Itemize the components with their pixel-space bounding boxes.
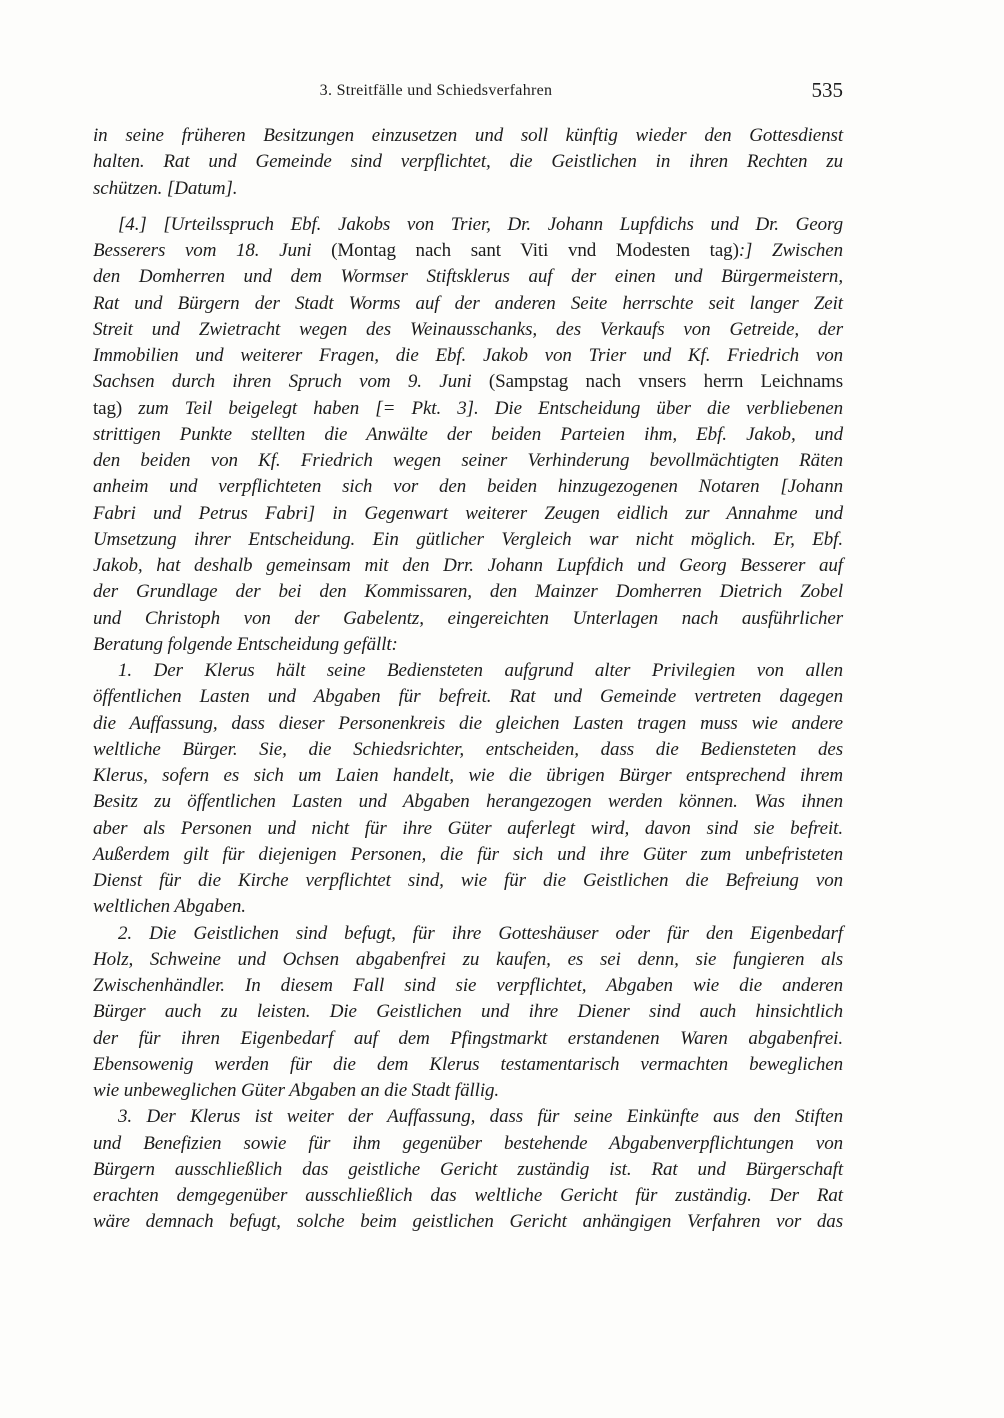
text-line: 1. Der Klerus hält seine Bediensteten au…: [93, 658, 843, 684]
paragraph: [4.] [Urteilsspruch Ebf. Jakobs von Trie…: [93, 212, 843, 658]
text-line: schützen. [Datum].: [93, 176, 843, 202]
regest-text: der Grundlage der bei den Kommissaren, d…: [93, 581, 843, 602]
text-line: 3. Der Klerus ist weiter der Auffassung,…: [93, 1104, 843, 1130]
regest-text: Bürger auch zu leisten. Die Geistlichen …: [93, 1001, 843, 1022]
paragraph: 1. Der Klerus hält seine Bediensteten au…: [93, 658, 843, 921]
page-header: 3. Streitfälle und Schiedsverfahren 535: [93, 78, 843, 108]
text-line: öffentlichen Lasten und Abgaben für befr…: [93, 684, 843, 710]
regest-text: :] Zwischen: [739, 240, 843, 261]
text-line: die Auffassung, dass dieser Personenkrei…: [93, 711, 843, 737]
text-line: tag) zum Teil beigelegt haben [= Pkt. 3]…: [93, 396, 843, 422]
regest-text: wäre demnach befugt, solche beim geistli…: [93, 1211, 843, 1232]
regest-text: öffentlichen Lasten und Abgaben für befr…: [93, 686, 843, 707]
running-title: 3. Streitfälle und Schiedsverfahren: [61, 82, 811, 100]
text-line: den beiden von Kf. Friedrich wegen seine…: [93, 448, 843, 474]
text-block: in seine früheren Besitzungen einzusetze…: [93, 123, 843, 1236]
regest-text: erachten demgegenüber ausschließlich das…: [93, 1185, 843, 1206]
regest-text: Ebensowenig werden für die dem Klerus te…: [93, 1054, 843, 1075]
regest-text: und Christoph von der Gabelentz, eingere…: [93, 608, 843, 629]
text-line: [4.] [Urteilsspruch Ebf. Jakobs von Trie…: [93, 212, 843, 238]
original-quote-text: (Sampstag nach vnsers herrn Leichnams: [489, 371, 843, 392]
text-line: halten. Rat und Gemeinde sind verpflicht…: [93, 149, 843, 175]
regest-text: Besitz zu öffentlichen Lasten und Abgabe…: [93, 791, 843, 812]
text-line: aber als Personen und nicht für ihre Güt…: [93, 816, 843, 842]
regest-text: der für ihren Eigenbedarf auf dem Pfings…: [93, 1028, 843, 1049]
text-line: wäre demnach befugt, solche beim geistli…: [93, 1209, 843, 1235]
regest-text: in seine früheren Besitzungen einzusetze…: [93, 125, 843, 146]
regest-text: schützen. [Datum].: [93, 178, 237, 199]
text-line: und Benefizien sowie für ihm gegenüber b…: [93, 1131, 843, 1157]
text-line: weltliche Bürger. Sie, die Schiedsrichte…: [93, 737, 843, 763]
text-line: Sachsen durch ihren Spruch vom 9. Juni (…: [93, 369, 843, 395]
regest-text: 2. Die Geistlichen sind befugt, für ihre…: [118, 923, 843, 944]
text-line: Immobilien und weiterer Fragen, die Ebf.…: [93, 343, 843, 369]
text-line: Bürger auch zu leisten. Die Geistlichen …: [93, 999, 843, 1025]
text-line: Rat und Bürgern der Stadt Worms auf der …: [93, 291, 843, 317]
text-line: der für ihren Eigenbedarf auf dem Pfings…: [93, 1026, 843, 1052]
text-line: Bürgern ausschließlich das geistliche Ge…: [93, 1157, 843, 1183]
text-line: weltlichen Abgaben.: [93, 894, 843, 920]
text-line: Streit und Zwietracht wegen des Weinauss…: [93, 317, 843, 343]
regest-text: Außerdem gilt für diejenigen Personen, d…: [93, 844, 843, 865]
regest-text: zum Teil beigelegt haben [= Pkt. 3]. Die…: [122, 398, 843, 419]
regest-text: Rat und Bürgern der Stadt Worms auf der …: [93, 293, 843, 314]
regest-text: halten. Rat und Gemeinde sind verpflicht…: [93, 151, 843, 172]
regest-text: Besserers vom 18. Juni: [93, 240, 331, 261]
paragraph: in seine früheren Besitzungen einzusetze…: [93, 123, 843, 202]
text-line: und Christoph von der Gabelentz, eingere…: [93, 606, 843, 632]
regest-text: Streit und Zwietracht wegen des Weinauss…: [93, 319, 843, 340]
regest-text: 1. Der Klerus hält seine Bediensteten au…: [118, 660, 843, 681]
regest-text: strittigen Punkte stellten die Anwälte d…: [93, 424, 843, 445]
regest-text: [4.] [Urteilsspruch Ebf. Jakobs von Trie…: [118, 214, 843, 235]
text-line: Besitz zu öffentlichen Lasten und Abgabe…: [93, 789, 843, 815]
text-line: Besserers vom 18. Juni (Montag nach sant…: [93, 238, 843, 264]
text-line: wie unbeweglichen Güter Abgaben an die S…: [93, 1078, 843, 1104]
text-line: Holz, Schweine und Ochsen abgabenfrei zu…: [93, 947, 843, 973]
regest-text: Holz, Schweine und Ochsen abgabenfrei zu…: [93, 949, 843, 970]
regest-text: Immobilien und weiterer Fragen, die Ebf.…: [93, 345, 843, 366]
text-line: den Domherren und dem Wormser Stiftskler…: [93, 264, 843, 290]
text-line: in seine früheren Besitzungen einzusetze…: [93, 123, 843, 149]
regest-text: Bürgern ausschließlich das geistliche Ge…: [93, 1159, 843, 1180]
book-page: 3. Streitfälle und Schiedsverfahren 535 …: [0, 0, 1004, 1418]
text-line: Dienst für die Kirche verpflichtet sind,…: [93, 868, 843, 894]
regest-text: den Domherren und dem Wormser Stiftskler…: [93, 266, 843, 287]
text-line: Klerus, sofern es sich um Laien handelt,…: [93, 763, 843, 789]
regest-text: wie unbeweglichen Güter Abgaben an die S…: [93, 1080, 499, 1101]
regest-text: Umsetzung ihrer Entscheidung. Ein gütlic…: [93, 529, 843, 550]
regest-text: 3. Der Klerus ist weiter der Auffassung,…: [118, 1106, 843, 1127]
regest-text: und Benefizien sowie für ihm gegenüber b…: [93, 1133, 843, 1154]
regest-text: Klerus, sofern es sich um Laien handelt,…: [93, 765, 843, 786]
regest-text: aber als Personen und nicht für ihre Güt…: [93, 818, 843, 839]
text-line: strittigen Punkte stellten die Anwälte d…: [93, 422, 843, 448]
text-line: 2. Die Geistlichen sind befugt, für ihre…: [93, 921, 843, 947]
text-line: Jakob, hat deshalb gemeinsam mit den Drr…: [93, 553, 843, 579]
paragraph: 2. Die Geistlichen sind befugt, für ihre…: [93, 921, 843, 1105]
regest-text: Jakob, hat deshalb gemeinsam mit den Drr…: [93, 555, 843, 576]
regest-text: den beiden von Kf. Friedrich wegen seine…: [93, 450, 843, 471]
text-line: der Grundlage der bei den Kommissaren, d…: [93, 579, 843, 605]
paragraph: 3. Der Klerus ist weiter der Auffassung,…: [93, 1104, 843, 1235]
text-line: Beratung folgende Entscheidung gefällt:: [93, 632, 843, 658]
regest-text: Beratung folgende Entscheidung gefällt:: [93, 634, 398, 655]
text-line: Fabri und Petrus Fabri] in Gegenwart wei…: [93, 501, 843, 527]
text-line: anheim und verpflichteten sich vor den b…: [93, 474, 843, 500]
regest-text: weltliche Bürger. Sie, die Schiedsrichte…: [93, 739, 843, 760]
regest-text: weltlichen Abgaben.: [93, 896, 246, 917]
regest-text: Sachsen durch ihren Spruch vom 9. Juni: [93, 371, 489, 392]
regest-text: anheim und verpflichteten sich vor den b…: [93, 476, 843, 497]
regest-text: Fabri und Petrus Fabri] in Gegenwart wei…: [93, 503, 843, 524]
regest-text: Zwischenhändler. In diesem Fall sind sie…: [93, 975, 843, 996]
text-line: Ebensowenig werden für die dem Klerus te…: [93, 1052, 843, 1078]
text-line: Zwischenhändler. In diesem Fall sind sie…: [93, 973, 843, 999]
original-quote-text: tag): [93, 398, 122, 419]
regest-text: Dienst für die Kirche verpflichtet sind,…: [93, 870, 843, 891]
text-line: Umsetzung ihrer Entscheidung. Ein gütlic…: [93, 527, 843, 553]
text-line: erachten demgegenüber ausschließlich das…: [93, 1183, 843, 1209]
text-line: Außerdem gilt für diejenigen Personen, d…: [93, 842, 843, 868]
original-quote-text: (Montag nach sant Viti vnd Modesten tag): [331, 240, 739, 261]
regest-text: die Auffassung, dass dieser Personenkrei…: [93, 713, 843, 734]
page-number: 535: [812, 78, 844, 103]
